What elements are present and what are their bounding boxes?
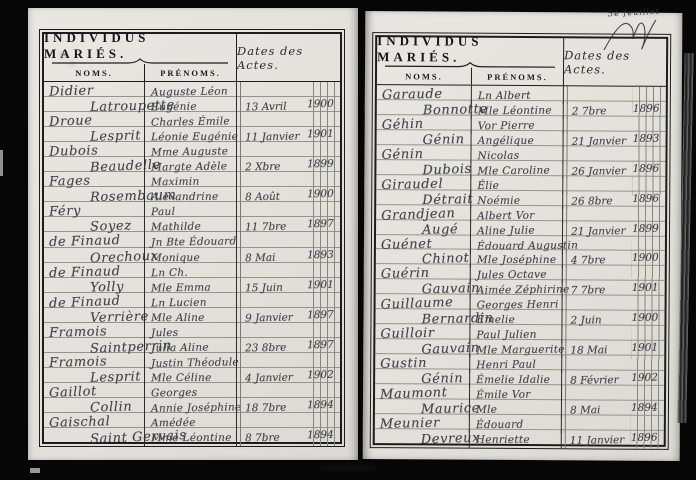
handwritten-year: 1901 [307,278,334,291]
page-stack-edge [677,53,693,423]
table-row: DidierAuguste Léon [44,82,340,97]
prenom-cell: Mme Léontine [144,428,236,446]
date-cell: 11 Janvier1896 [561,430,664,449]
handwritten-date: 8 7bre [245,432,280,445]
column-header-prenoms: PRÉNOMS. [144,64,236,81]
table-row: GuérinJules Octave [376,265,665,282]
column-header-dates: Dates des Actes. [236,34,340,82]
table-row: LespritMle Céline4 Janvier1902 [44,368,340,383]
table-row: GaischalAmédée [44,413,340,428]
table-row: GéhinVor Pierre [377,115,666,132]
handwritten-year: 1896 [632,192,659,204]
handwritten-year: 1893 [633,132,660,144]
table-row: GéninNicolas [376,145,665,162]
table-row: MeunierÉdouard [375,414,664,431]
scan-smudge [318,464,378,471]
table-row: YollyMle Emma15 Juin1901 [44,278,340,293]
handwritten-year: 1901 [632,282,659,294]
handwritten-year: 1902 [307,369,334,382]
table-row: RosembaumAlexandrine8 Août1900 [44,187,340,202]
handwritten-firstname: Henriette [476,434,530,446]
handwritten-year: 1894 [307,429,334,442]
table-row: GiraudelÉlie [376,175,665,192]
table-row: GéninAngélique21 Janvier1893 [377,130,666,147]
pen-flourish [598,14,668,54]
page-title: INDIVIDUS MARIÉS. [377,37,563,62]
handwritten-year: 1900 [632,312,659,324]
registry-table: INDIVIDUS MARIÉS. NOMS. PRÉNOMS. Dates d… [42,32,342,444]
nom-cell: Saint Gervais [44,428,144,446]
handwritten-year: 1893 [307,248,334,261]
scan-edge-artifact [0,150,3,176]
table-row: de FinaudLn Lucien [44,293,340,308]
column-header-noms: NOMS. [377,67,471,85]
table-row: de FinaudLn Ch. [44,263,340,278]
table-row: LespritLéonie Eugénie11 Janvier1901 [44,127,340,142]
page-title-text: INDIVIDUS MARIÉS. [377,33,563,66]
table-row: AugéAline Julie21 Janvier1899 [376,220,665,237]
scan-edge-artifact [30,468,40,473]
handwritten-year: 1897 [307,339,334,352]
handwritten-year: 1894 [307,399,334,412]
column-header-prenoms: PRÉNOMS. [471,68,563,86]
table-row: GaraudeLn Albert [377,85,666,102]
table-row: DevreuxHenriette11 Janvier1896 [375,429,664,445]
table-row: SaintperrinJulia Aline23 8bre1897 [44,338,340,353]
corner-annotation: 5e feuillet [598,4,688,52]
column-header-noms: NOMS. [44,64,144,81]
page-title-text: INDIVIDUS MARIÉS. [44,30,236,62]
table-row: DroueCharles Émile [44,112,340,127]
page-title: INDIVIDUS MARIÉS. [44,34,236,58]
table-row: OrechouxMonique8 Mai1893 [44,248,340,263]
date-cell: 8 7bre1894 [236,428,340,446]
handwritten-year: 1896 [631,431,658,443]
table-body: GaraudeLn AlbertBonnotteMle Léontine2 7b… [375,85,666,445]
table-row: BernardinÉmelie2 Juin1900 [375,309,664,326]
table-row: GuilloirPaul Julien [375,324,664,341]
handwritten-year: 1896 [633,162,660,174]
table-header: INDIVIDUS MARIÉS. NOMS. PRÉNOMS. Dates d… [44,34,340,82]
handwritten-year: 1901 [307,128,334,141]
handwritten-year: 1900 [632,252,659,264]
table-row: BeaudelleMargte Adèle2 Xbre1899 [44,157,340,172]
table-row: Saint GervaisMme Léontine8 7bre1894 [44,428,340,442]
table-row: GauvainMle Marguerite18 Mai1901 [375,339,664,356]
handwritten-year: 1897 [307,218,334,231]
handwritten-year: 1899 [632,222,659,234]
table-row: FéryPaul [44,202,340,217]
table-row: GéninÉmelie Idalie8 Février1902 [375,369,664,386]
prenom-cell: Henriette [469,430,561,449]
table-row: CollinAnnie Joséphine18 7bre1894 [44,398,340,413]
table-row: GuillaumeGeorges Henri [376,294,665,311]
table-row: DuboisMle Caroline26 Janvier1896 [376,160,665,177]
handwritten-year: 1894 [631,402,658,414]
table-row: MaumontÉmile Vor [375,384,664,401]
table-row: BonnotteMle Léontine2 7bre1896 [377,100,666,117]
table-row: DuboisMme Auguste [44,142,340,157]
table-row: GaillotGeorges [44,383,340,398]
table-row: ChinotMle Joséphine4 7bre1900 [376,250,665,267]
scanned-registry-spread: INDIVIDUS MARIÉS. NOMS. PRÉNOMS. Dates d… [0,0,696,480]
scan-smudge [60,54,65,57]
handwritten-year: 1901 [631,342,658,354]
table-row: GrandjeanAlbert Vor [376,205,665,222]
registry-table: INDIVIDUS MARIÉS. NOMS. PRÉNOMS. Dates d… [373,35,668,447]
table-row: GauvainAimée Zéphirine7 7bre1901 [376,279,665,296]
table-row: GustinHenri Paul [375,354,664,371]
handwritten-year: 1900 [307,98,334,111]
nom-cell: Devreux [375,429,469,448]
registry-page-left: INDIVIDUS MARIÉS. NOMS. PRÉNOMS. Dates d… [28,8,358,460]
registry-page-right: INDIVIDUS MARIÉS. NOMS. PRÉNOMS. Dates d… [363,11,683,461]
handwritten-date: 11 Janvier [570,434,625,447]
table-row: LatroupetteEugénie13 Avril1900 [44,97,340,112]
table-row: MauriceMle8 Mai1894 [375,399,664,416]
table-body: DidierAuguste LéonLatroupetteEugénie13 A… [44,82,340,442]
table-row: DétraitNoémie26 8bre1896 [376,190,665,207]
table-row: VerrièreMle Aline9 Janvier1897 [44,308,340,323]
table-row: GuénetÉdouard Augustin [376,235,665,252]
handwritten-year: 1900 [307,188,334,201]
handwritten-year: 1896 [633,103,660,115]
table-row: de FinaudJn Bte Édouard [44,232,340,247]
handwritten-year: 1902 [631,372,658,384]
handwritten-firstname: Mme Léontine [151,432,232,445]
table-row: FagesMaximin [44,172,340,187]
handwritten-year: 1899 [307,158,334,171]
table-row: FramoisJustin Théodule [44,353,340,368]
handwritten-year: 1897 [307,308,334,321]
table-row: SoyezMathilde11 7bre1897 [44,217,340,232]
scan-smudge [70,62,74,65]
table-row: FramoisJules [44,323,340,338]
